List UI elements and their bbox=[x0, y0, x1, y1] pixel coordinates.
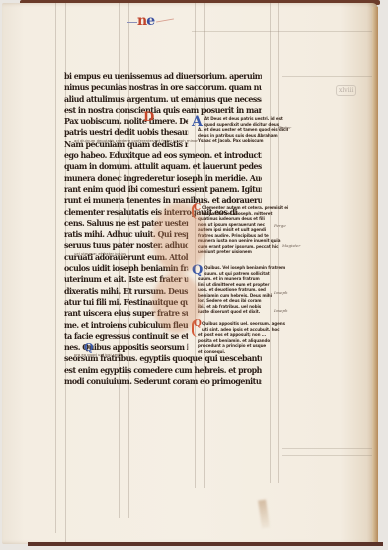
running-head-red: n bbox=[137, 13, 146, 29]
gloss-line: Ysaac et Jacob. Pax uobiscum bbox=[198, 138, 288, 144]
gloss-line: Clementer autem et cetera. premisit ei bbox=[198, 205, 288, 211]
running-head-blue: e bbox=[146, 13, 154, 29]
parchment-stain bbox=[258, 500, 270, 529]
page-fore-edge bbox=[372, 7, 378, 542]
gloss-line: ueniunt preter uisionem bbox=[198, 249, 288, 255]
margin-note: ffrater bbox=[278, 125, 291, 130]
gloss-block: Q Quibus appositis uel. seorsum. agens u… bbox=[198, 321, 288, 354]
folio-number: xlviii bbox=[336, 85, 356, 96]
gloss-line: Quibus appositis uel. seorsum. agens bbox=[198, 321, 288, 327]
gloss-initial: A bbox=[192, 115, 203, 129]
text-line: ego habeo. Eduxitque ad eos symeon. et i… bbox=[64, 151, 262, 162]
manuscript-page: ne xlviii bi empus eu uenissemus ad diue… bbox=[2, 3, 378, 544]
text-line: modi conuiuium. Sederunt coram eo primog… bbox=[64, 377, 262, 388]
gloss-line: At Deus et deus patris uestri. id est bbox=[198, 116, 288, 122]
ruling-line bbox=[282, 76, 372, 77]
text-line: seorsum fratribus. egyptiis quoque qui u… bbox=[64, 354, 262, 365]
text-line: nimus pecunias nostras in ore saccorum. … bbox=[64, 83, 262, 94]
gloss-line: Quibus. Vel ioseph beniamin fratrem bbox=[198, 265, 288, 271]
margin-note: Magister bbox=[282, 243, 300, 248]
text-line: rant enim quod ibi comesturi essent pane… bbox=[64, 185, 262, 196]
text-line: quam in domum. attulit aquam. et lauerun… bbox=[64, 162, 262, 173]
gloss-line: A. et deus uester et tamen quod eis dici… bbox=[198, 127, 288, 133]
text-line: ta facie egressus continuit se et ait. P… bbox=[64, 332, 188, 343]
running-head: ne bbox=[137, 13, 154, 29]
parchment-stain bbox=[152, 273, 202, 333]
text-line: aliud attulimus argentum. ut emamus que … bbox=[64, 95, 262, 106]
initial-d: D bbox=[143, 111, 154, 124]
margin-note: Ioseph bbox=[274, 290, 288, 295]
parchment-stain bbox=[152, 203, 207, 273]
ruling-line bbox=[282, 448, 372, 449]
ruling-line bbox=[192, 31, 372, 32]
ruling-line bbox=[55, 3, 56, 533]
text-line: Pax uobiscum. nolite timere. Deus uester… bbox=[64, 117, 188, 128]
book-binding-bottom bbox=[28, 542, 383, 546]
text-line: Nam pecuniam quam dedistis mihi probatam bbox=[64, 140, 188, 151]
gloss-line: et consequi. bbox=[198, 349, 288, 355]
text-line: bi empus eu uenissemus ad diuersorium. a… bbox=[64, 72, 262, 83]
gloss-block: C Clementer autem et cetera. premisit ei… bbox=[198, 205, 288, 255]
ruling-line bbox=[282, 455, 372, 456]
text-line: est enim egyptiis comedere cum hebreis. … bbox=[64, 366, 262, 377]
text-line: munera donec ingrederetur ioseph in meri… bbox=[64, 174, 262, 185]
initial-q: Q bbox=[84, 342, 94, 353]
margin-note: Ioseph bbox=[274, 308, 288, 313]
margin-note: Perge bbox=[274, 223, 286, 228]
gloss-line: munera iusta non uenire inuenit quia bbox=[198, 238, 288, 244]
gloss-block: A At Deus et deus patris uestri. id est … bbox=[198, 116, 288, 144]
